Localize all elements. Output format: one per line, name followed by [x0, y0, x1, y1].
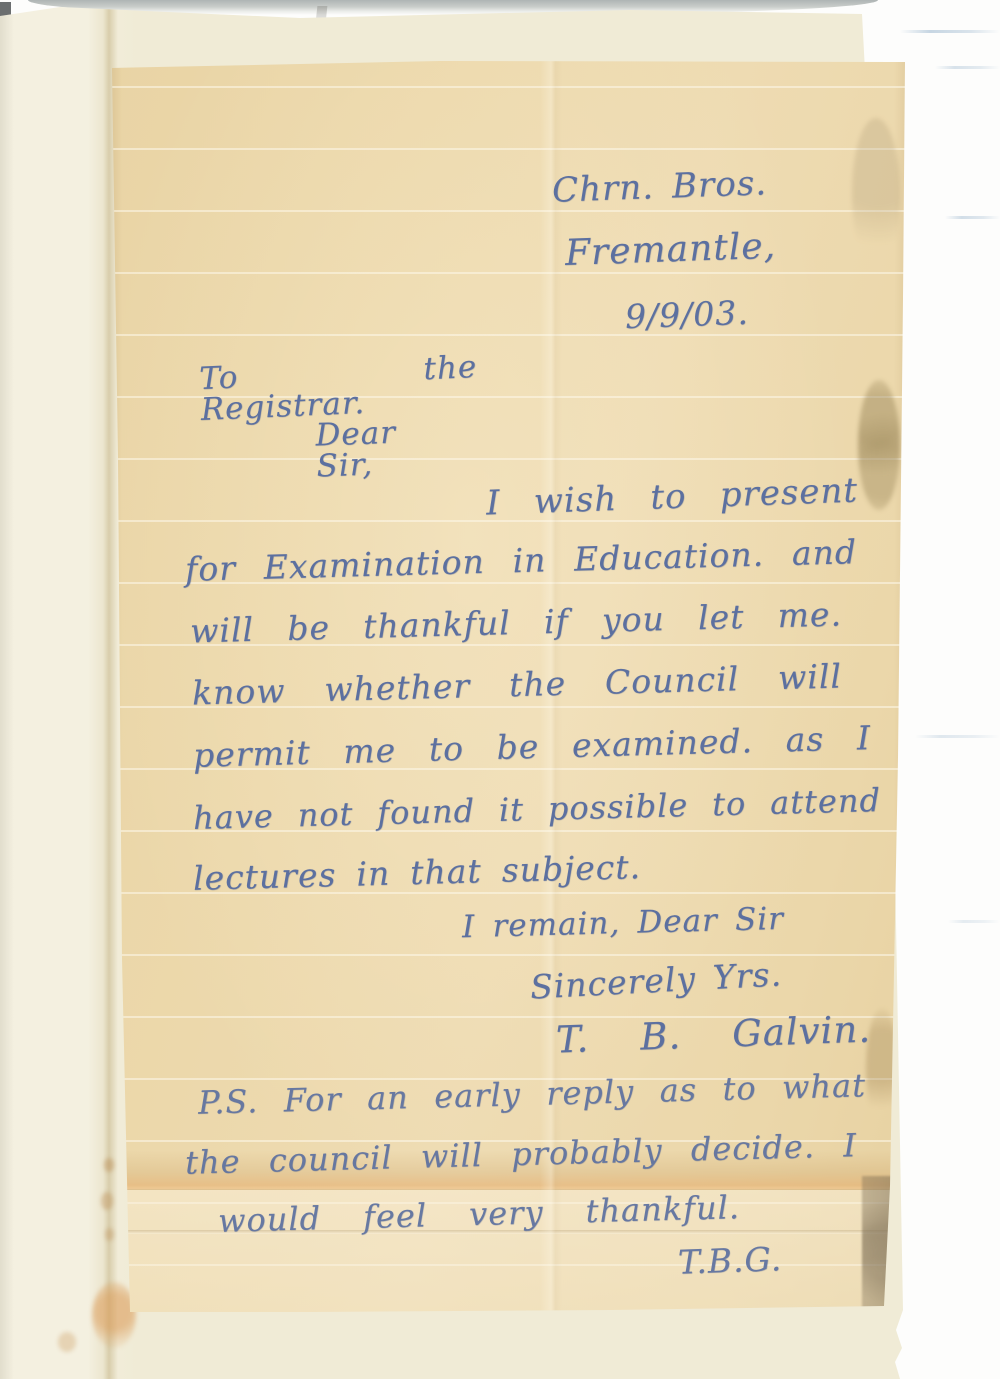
scanner-streak [948, 920, 1000, 923]
closing-remain-line: I remain, Dear Sir [462, 904, 785, 943]
heading-organisation: Chrn. Bros. [551, 166, 767, 207]
scanned-letter-page: Chrn. Bros. Fremantle, 9/9/03. To the Re… [0, 0, 1000, 1379]
stain [92, 1282, 136, 1348]
stain [58, 1332, 76, 1352]
heading-date: 9/9/03. [624, 296, 749, 333]
stain [101, 1192, 113, 1210]
stain [104, 1158, 114, 1172]
stain [105, 1228, 114, 1241]
salutation-line: Dear Sir, [315, 415, 462, 482]
scanner-streak [935, 66, 1000, 69]
scanner-streak [900, 30, 1000, 33]
signature: T. B. Galvin. [555, 1011, 871, 1059]
stain [852, 118, 900, 268]
scanner-streak [945, 216, 1000, 219]
heading-place: Fremantle, [564, 228, 793, 272]
ps-initials: T.B.G. [677, 1242, 782, 1279]
recipient-line: To the Registrar. [199, 352, 479, 426]
stain [858, 380, 900, 510]
scanner-streak [915, 735, 1000, 738]
